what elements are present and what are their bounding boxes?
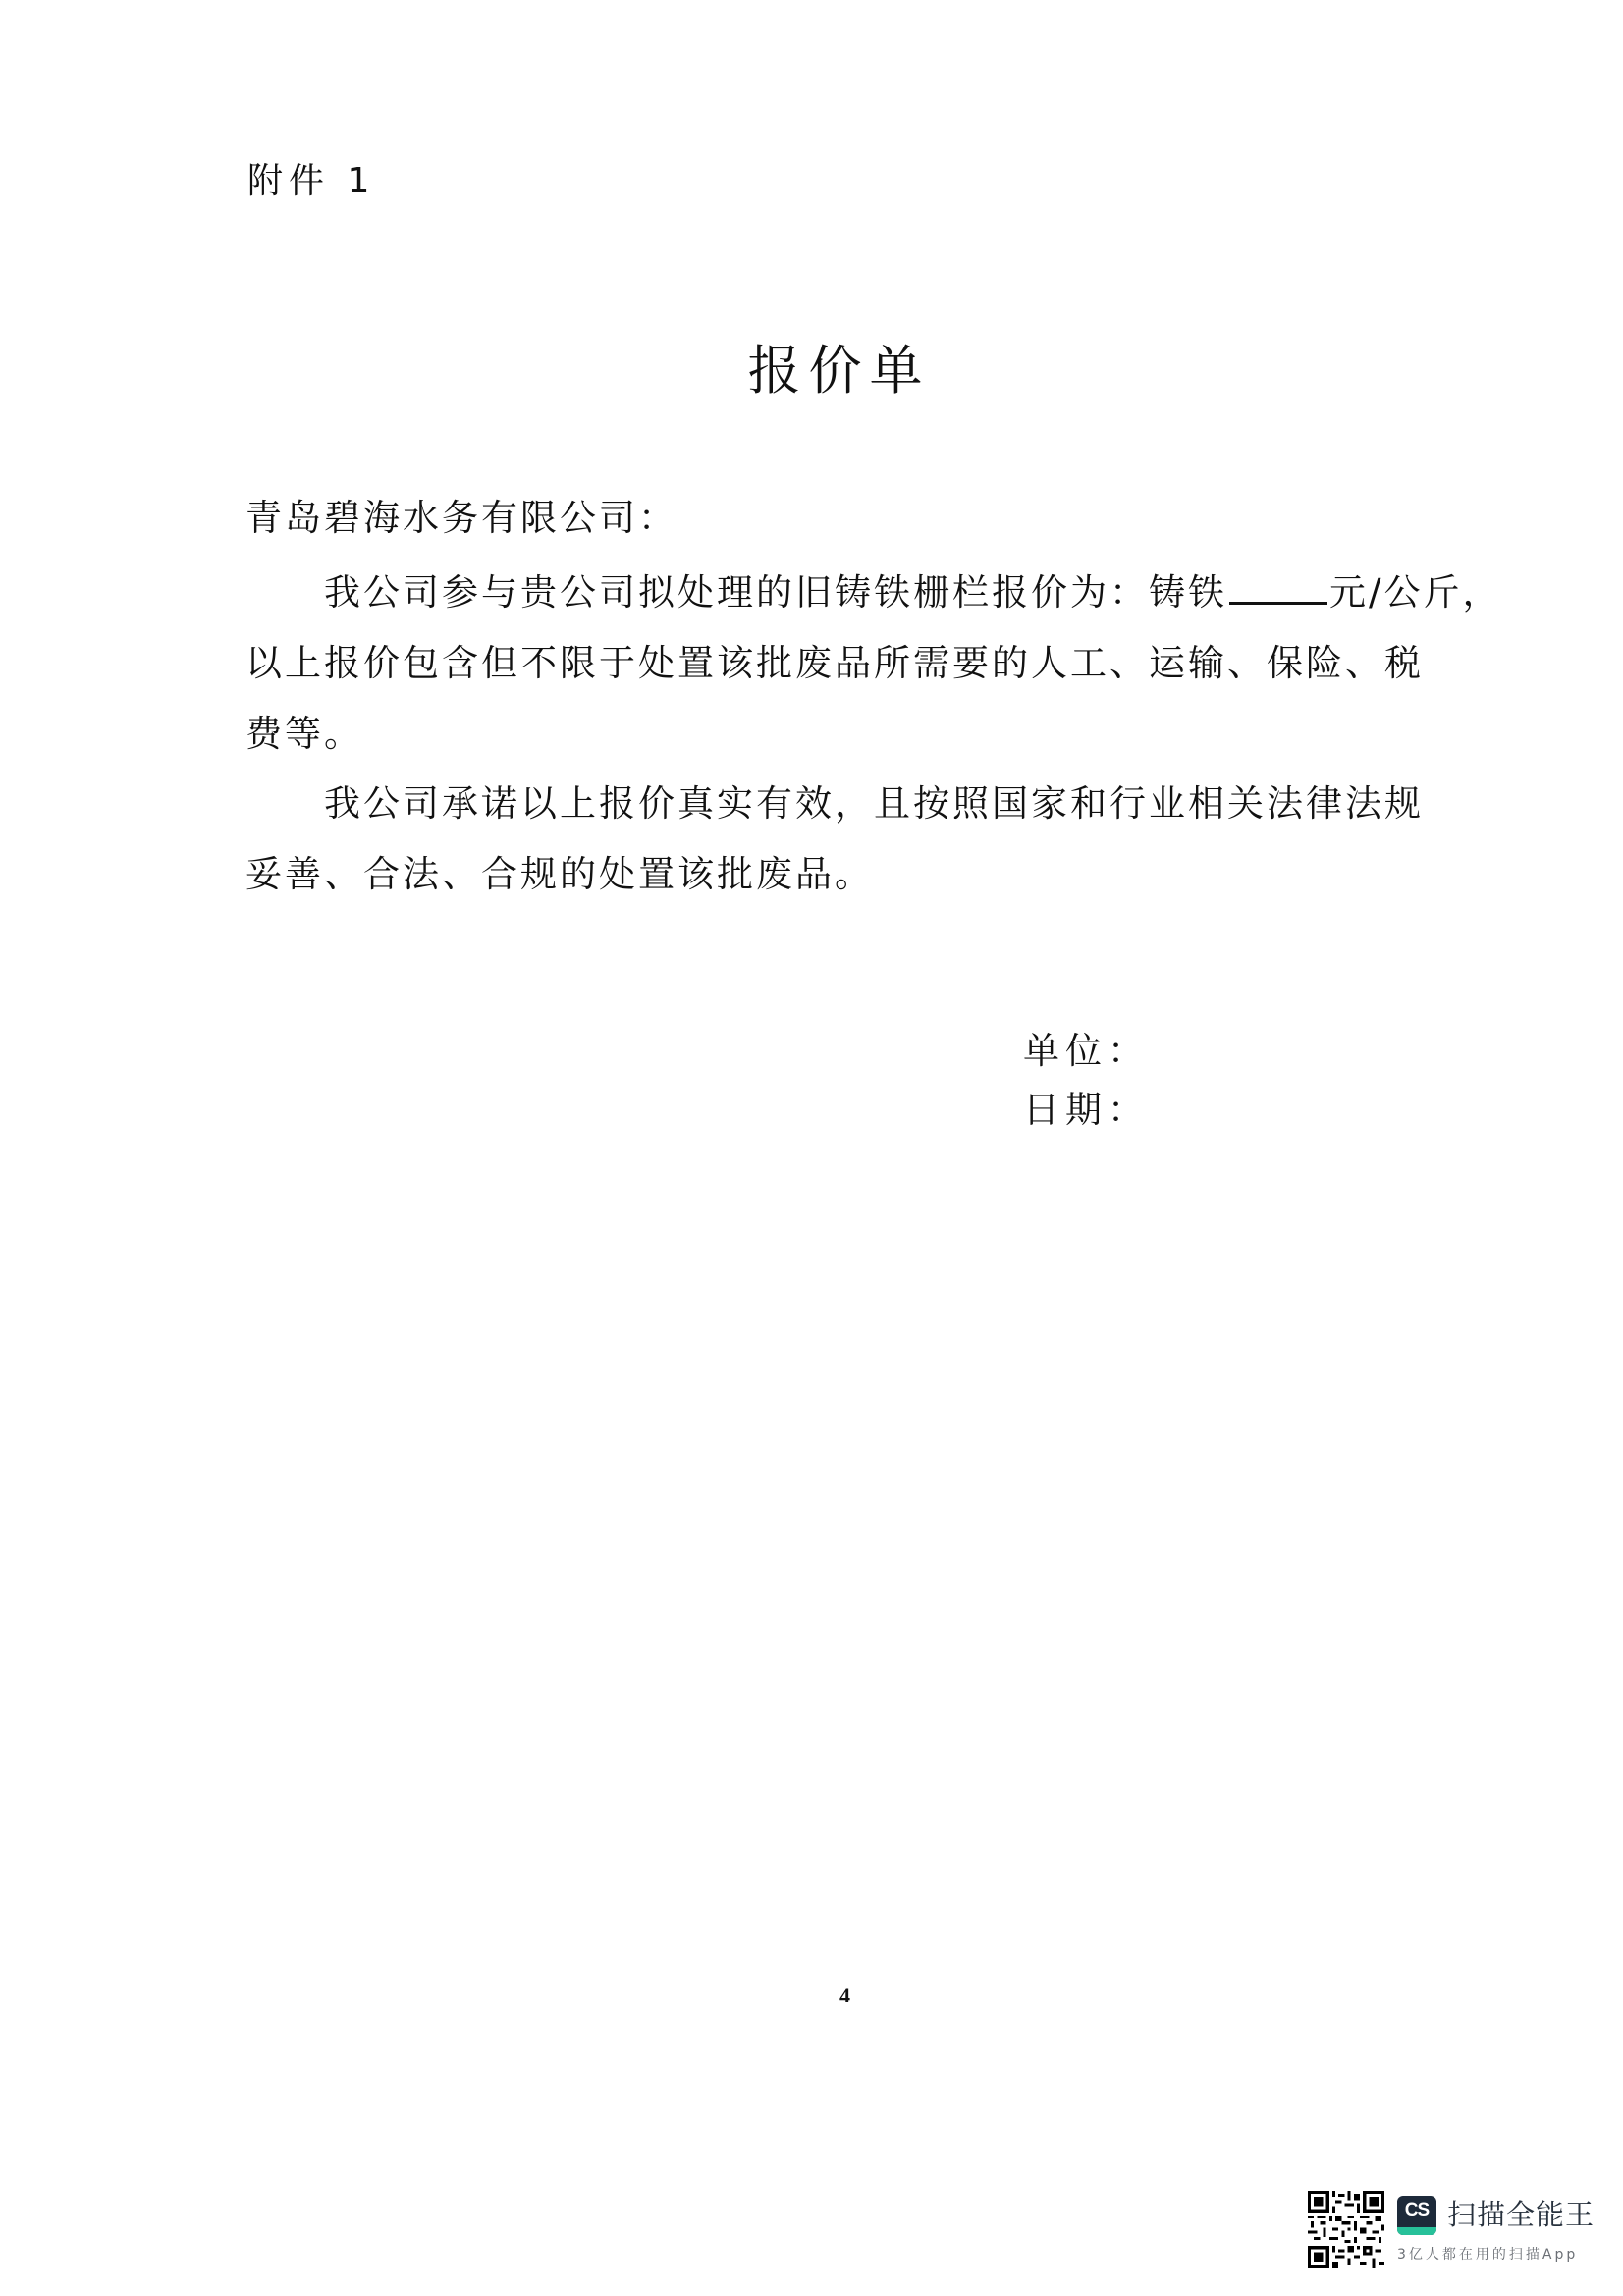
quote-paragraph: 我公司参与贵公司拟处理的旧铸铁栅栏报价为：铸铁元/公斤， 以上报价包含但不限于处… — [245, 558, 1453, 770]
quote-text-before-blank: 我公司参与贵公司拟处理的旧铸铁栅栏报价为：铸铁 — [324, 571, 1227, 614]
price-blank-field[interactable] — [1229, 572, 1327, 605]
qr-code-icon — [1308, 2191, 1384, 2268]
document-page: 附件 1 报价单 青岛碧海水务有限公司： 我公司参与贵公司拟处理的旧铸铁栅栏报价… — [0, 0, 1623, 2296]
commitment-line-1: 我公司承诺以上报价真实有效，且按照国家和行业相关法律法规 — [245, 769, 1453, 839]
salutation: 青岛碧海水务有限公司： — [245, 496, 677, 541]
quote-line-1: 我公司参与贵公司拟处理的旧铸铁栅栏报价为：铸铁元/公斤， — [245, 558, 1453, 628]
quote-line-3: 费等。 — [245, 699, 1453, 770]
app-name: 扫描全能王 — [1447, 2197, 1595, 2232]
commitment-paragraph: 我公司承诺以上报价真实有效，且按照国家和行业相关法律法规 妥善、合法、合规的处置… — [245, 769, 1453, 910]
signature-date-label: 日期： — [1023, 1088, 1150, 1133]
app-tagline: 3亿人都在用的扫描App — [1397, 2246, 1578, 2264]
signature-unit-label: 单位： — [1023, 1029, 1150, 1074]
camscanner-logo-icon: CS — [1397, 2196, 1436, 2235]
attachment-label: 附件 1 — [247, 160, 375, 203]
page-number: 4 — [839, 1983, 850, 2008]
logo-text: CS — [1397, 2200, 1436, 2221]
document-title: 报价单 — [0, 339, 1623, 403]
commitment-line-2: 妥善、合法、合规的处置该批废品。 — [245, 839, 1453, 910]
logo-accent-bar — [1397, 2227, 1436, 2235]
scanner-watermark: CS 扫描全能王 3亿人都在用的扫描App — [1308, 2191, 1602, 2269]
quote-line-2: 以上报价包含但不限于处置该批废品所需要的人工、运输、保险、税 — [245, 628, 1453, 699]
price-unit: 元/公斤， — [1329, 571, 1501, 614]
